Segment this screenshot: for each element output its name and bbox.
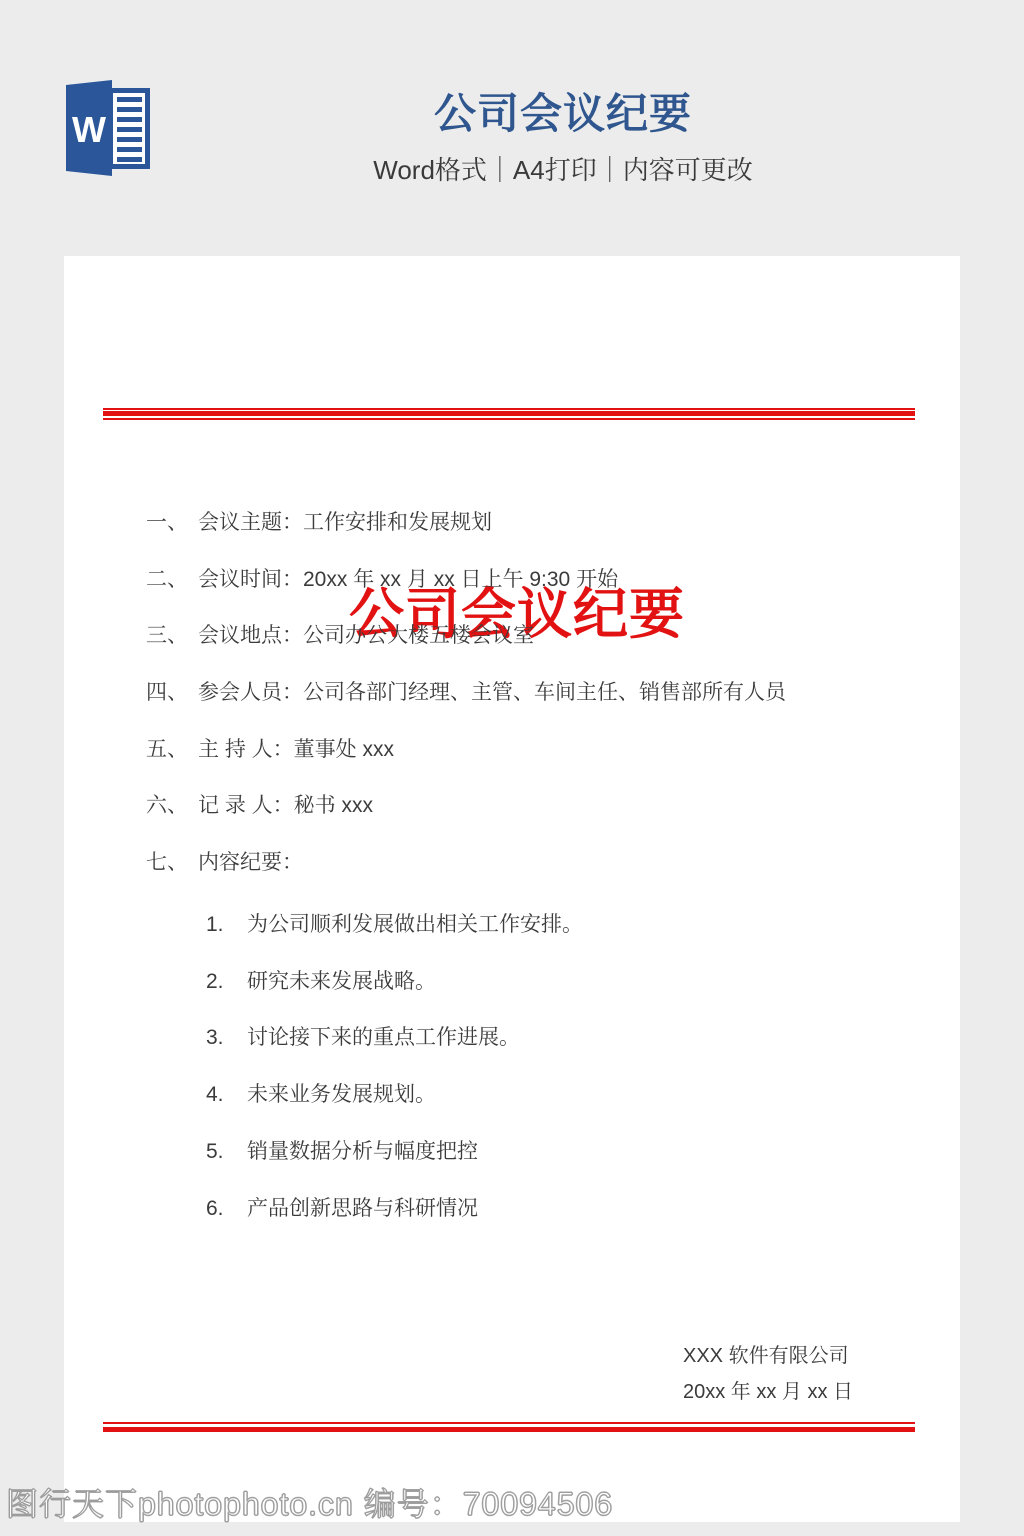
sub-list-item-number: 3. bbox=[206, 1026, 247, 1050]
list-item-text: 记 录 人：秘书 xxx bbox=[198, 794, 373, 818]
watermark: 图行天下photophoto.cn 编号：70094506 bbox=[6, 1487, 613, 1522]
word-icon: W bbox=[64, 79, 152, 177]
bottom-rule bbox=[103, 1422, 915, 1432]
list-item: 四、 参会人员：公司各部门经理、主管、车间主任、销售部所有人员 bbox=[146, 681, 786, 705]
sub-list-item-number: 1. bbox=[206, 913, 247, 937]
list-item-number: 三、 bbox=[146, 624, 198, 648]
list-item: 五、 主 持 人：董事处 xxx bbox=[146, 738, 394, 762]
sub-list-item: 3. 讨论接下来的重点工作进展。 bbox=[206, 1026, 520, 1050]
signature-date: 20xx 年 xx 月 xx 日 bbox=[683, 1374, 853, 1410]
sub-list-item-number: 6. bbox=[206, 1197, 247, 1221]
sub-list-item-text: 研究未来发展战略。 bbox=[247, 970, 436, 994]
list-item-number: 二、 bbox=[146, 568, 198, 592]
list-item-number: 六、 bbox=[146, 794, 198, 818]
list-item: 七、 内容纪要： bbox=[146, 851, 303, 875]
sub-list-item-number: 2. bbox=[206, 970, 247, 994]
title-rule bbox=[103, 408, 915, 420]
company-name: XXX 软件有限公司 bbox=[683, 1338, 853, 1374]
header-title: 公司会议纪要 bbox=[373, 93, 752, 135]
list-item-number: 四、 bbox=[146, 681, 198, 705]
sub-list-item-text: 未来业务发展规划。 bbox=[247, 1083, 436, 1107]
list-item-number: 一、 bbox=[146, 511, 198, 535]
document-page: 公司会议纪要 一、 会议主题：工作安排和发展规划 二、 会议时间：20xx 年 … bbox=[64, 256, 960, 1522]
list-item-text: 会议地点：公司办公大楼五楼会议室 bbox=[198, 624, 534, 648]
sub-list-item: 2. 研究未来发展战略。 bbox=[206, 970, 436, 994]
sub-list-item: 4. 未来业务发展规划。 bbox=[206, 1083, 436, 1107]
sub-list-item-text: 产品创新思路与科研情况 bbox=[247, 1197, 478, 1221]
word-icon-letter: W bbox=[72, 109, 106, 150]
sub-list-item-text: 为公司顺利发展做出相关工作安排。 bbox=[247, 913, 583, 937]
list-item-text: 内容纪要： bbox=[198, 851, 303, 875]
list-item: 六、 记 录 人：秘书 xxx bbox=[146, 794, 373, 818]
list-item: 一、 会议主题：工作安排和发展规划 bbox=[146, 511, 492, 535]
sub-list-item: 6. 产品创新思路与科研情况 bbox=[206, 1197, 478, 1221]
header-subtitle: Word格式｜A4打印｜内容可更改 bbox=[373, 157, 752, 183]
list-item-number: 七、 bbox=[146, 851, 198, 875]
sub-list-item: 1. 为公司顺利发展做出相关工作安排。 bbox=[206, 913, 583, 937]
list-item-text: 会议主题：工作安排和发展规划 bbox=[198, 511, 492, 535]
list-item-text: 主 持 人：董事处 xxx bbox=[198, 738, 394, 762]
sub-list-item-number: 4. bbox=[206, 1083, 247, 1107]
template-header: W 公司会议纪要 Word格式｜A4打印｜内容可更改 bbox=[0, 0, 1024, 256]
list-item-number: 五、 bbox=[146, 738, 198, 762]
list-item-text: 会议时间：20xx 年 xx 月 xx 日上午 9:30 开始 bbox=[198, 568, 618, 592]
list-item: 二、 会议时间：20xx 年 xx 月 xx 日上午 9:30 开始 bbox=[146, 568, 618, 592]
list-item-text: 参会人员：公司各部门经理、主管、车间主任、销售部所有人员 bbox=[198, 681, 786, 705]
header-text-block: 公司会议纪要 Word格式｜A4打印｜内容可更改 bbox=[373, 93, 752, 183]
sub-list-item: 5. 销量数据分析与幅度把控 bbox=[206, 1140, 478, 1164]
sub-list-item-text: 讨论接下来的重点工作进展。 bbox=[247, 1026, 520, 1050]
signature-block: XXX 软件有限公司 20xx 年 xx 月 xx 日 bbox=[683, 1338, 853, 1410]
sub-list-item-number: 5. bbox=[206, 1140, 247, 1164]
list-item: 三、 会议地点：公司办公大楼五楼会议室 bbox=[146, 624, 534, 648]
sub-list-item-text: 销量数据分析与幅度把控 bbox=[247, 1140, 478, 1164]
